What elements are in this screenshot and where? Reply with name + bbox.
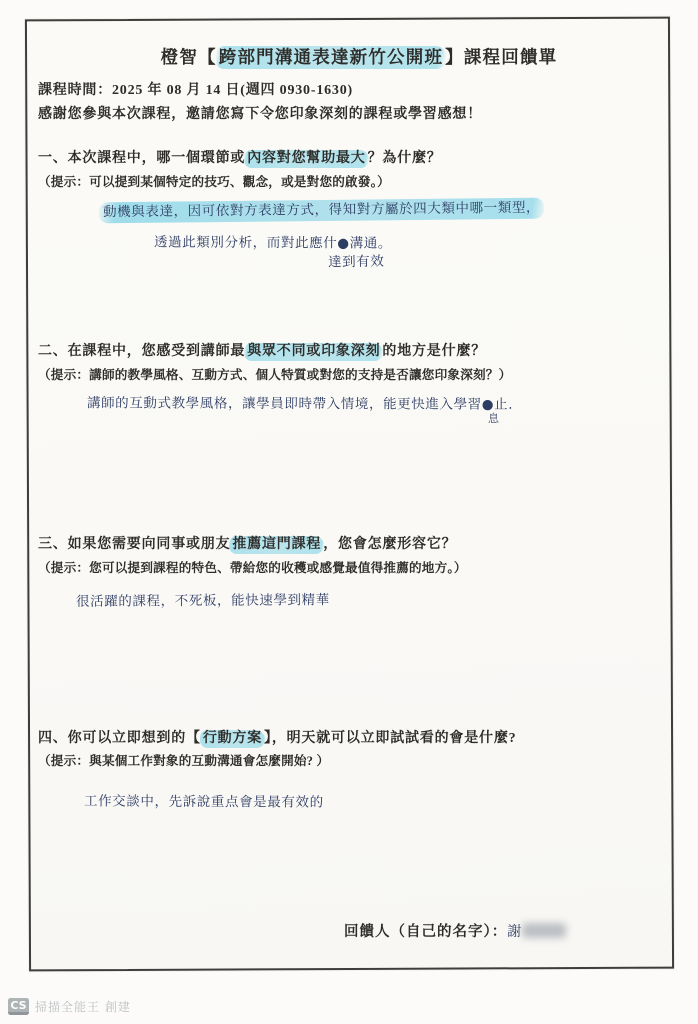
question-3-answer-line-1: 很活躍的課程，不死板，能快速學到精華 <box>76 588 330 610</box>
scanned-feedback-form: 橙智【跨部門溝通表達新竹公開班】課程回饋單 課程時間：2025 年 08 月 1… <box>0 0 698 1024</box>
question-4-answer-line-1: 工作交談中，先訴說重点會是最有效的 <box>84 789 324 810</box>
question-4-pre: 四、你可以立即想到的【 <box>38 731 201 746</box>
camscanner-watermark: CS 掃描全能王 創建 <box>8 998 131 1015</box>
question-4-hint: （提示：與某個工作對象的互動溝通會怎麼開始? ） <box>38 750 329 769</box>
question-4-post: 】，明天就可以立即試試看的會是什麼? <box>264 731 516 746</box>
question-3-pre: 三、如果您需要向同事或朋友 <box>38 537 230 552</box>
question-3-hint: （提示：您可以提到課程的特色、帶給您的收穫或感覺最值得推薦的地方。） <box>38 557 467 576</box>
form-title-prefix: 橙智【 <box>161 47 217 67</box>
title-highlight-marker: 跨部門溝通表達新竹公開班 <box>216 46 446 69</box>
question-2-hint: （提示：講師的教學風格、互動方式、個人特質或對您的支持是否讓您印象深刻？） <box>38 364 511 383</box>
question-1-answer-line-3: 達到有效 <box>328 250 385 271</box>
form-title-suffix: 】課程回饋單 <box>445 47 557 67</box>
question-1-post: ？為什麼？ <box>368 151 442 166</box>
question-2-answer-line-1: 講師的互動式教學風格，讓學員即時帶入情境，能更快進入學習●止. <box>87 391 513 412</box>
form-title: 橙智【跨部門溝通表達新竹公開班】課程回饋單 <box>0 44 698 69</box>
name-redaction-blur <box>522 923 566 938</box>
question-3-post: ，您會怎麼形容它？ <box>323 537 456 552</box>
question-2-answer-correction: 息 <box>488 410 500 426</box>
camscanner-logo-icon: CS <box>8 998 29 1015</box>
question-3: 三、如果您需要向同事或朋友推薦這門課程，您會怎麼形容它？ <box>38 533 456 553</box>
question-2-highlight-marker: 與眾不同或印象深刻 <box>244 343 383 361</box>
question-1-highlight-marker: 內容對您幫助最大 <box>244 150 368 168</box>
camscanner-watermark-text: 掃描全能王 創建 <box>35 998 131 1015</box>
handwritten-name: 謝 <box>507 924 521 940</box>
question-2-post: 的地方是什麼？ <box>382 344 486 359</box>
question-4: 四、你可以立即想到的【行動方案】，明天就可以立即試試看的會是什麼? <box>38 727 516 747</box>
question-1-answer-line-2: 透過此類別分析，而對此應什●溝通。 <box>154 230 392 251</box>
question-4-highlight-marker: 行動方案 <box>200 730 265 748</box>
question-2: 二、在課程中，您感受到講師最與眾不同或印象深刻的地方是什麼？ <box>38 340 486 360</box>
question-1: 一、本次課程中，哪一個環節或內容對您幫助最大？為什麼？ <box>38 147 442 167</box>
intro-text: 感謝您參與本次課程，邀請您寫下令您印象深刻的課程或學習感想！ <box>38 103 482 123</box>
question-1-hint: （提示：可以提到某個特定的技巧、觀念，或是對您的啟發。） <box>38 171 390 190</box>
signature-label: 回饋人（自己的名字）： <box>344 924 507 940</box>
signature-row: 回饋人（自己的名字）：謝 <box>344 920 566 941</box>
question-1-pre: 一、本次課程中，哪一個環節或 <box>38 151 245 166</box>
question-3-highlight-marker: 推薦這門課程 <box>229 536 324 554</box>
question-1-answer-line-1: 動機與表達，因可依對方表達方式，得知對方屬於四大類中哪一類型， <box>99 196 544 221</box>
course-time: 課程時間：2025 年 08 月 14 日(週四 0930-1630) <box>38 79 353 99</box>
question-2-pre: 二、在課程中，您感受到講師最 <box>38 344 245 359</box>
